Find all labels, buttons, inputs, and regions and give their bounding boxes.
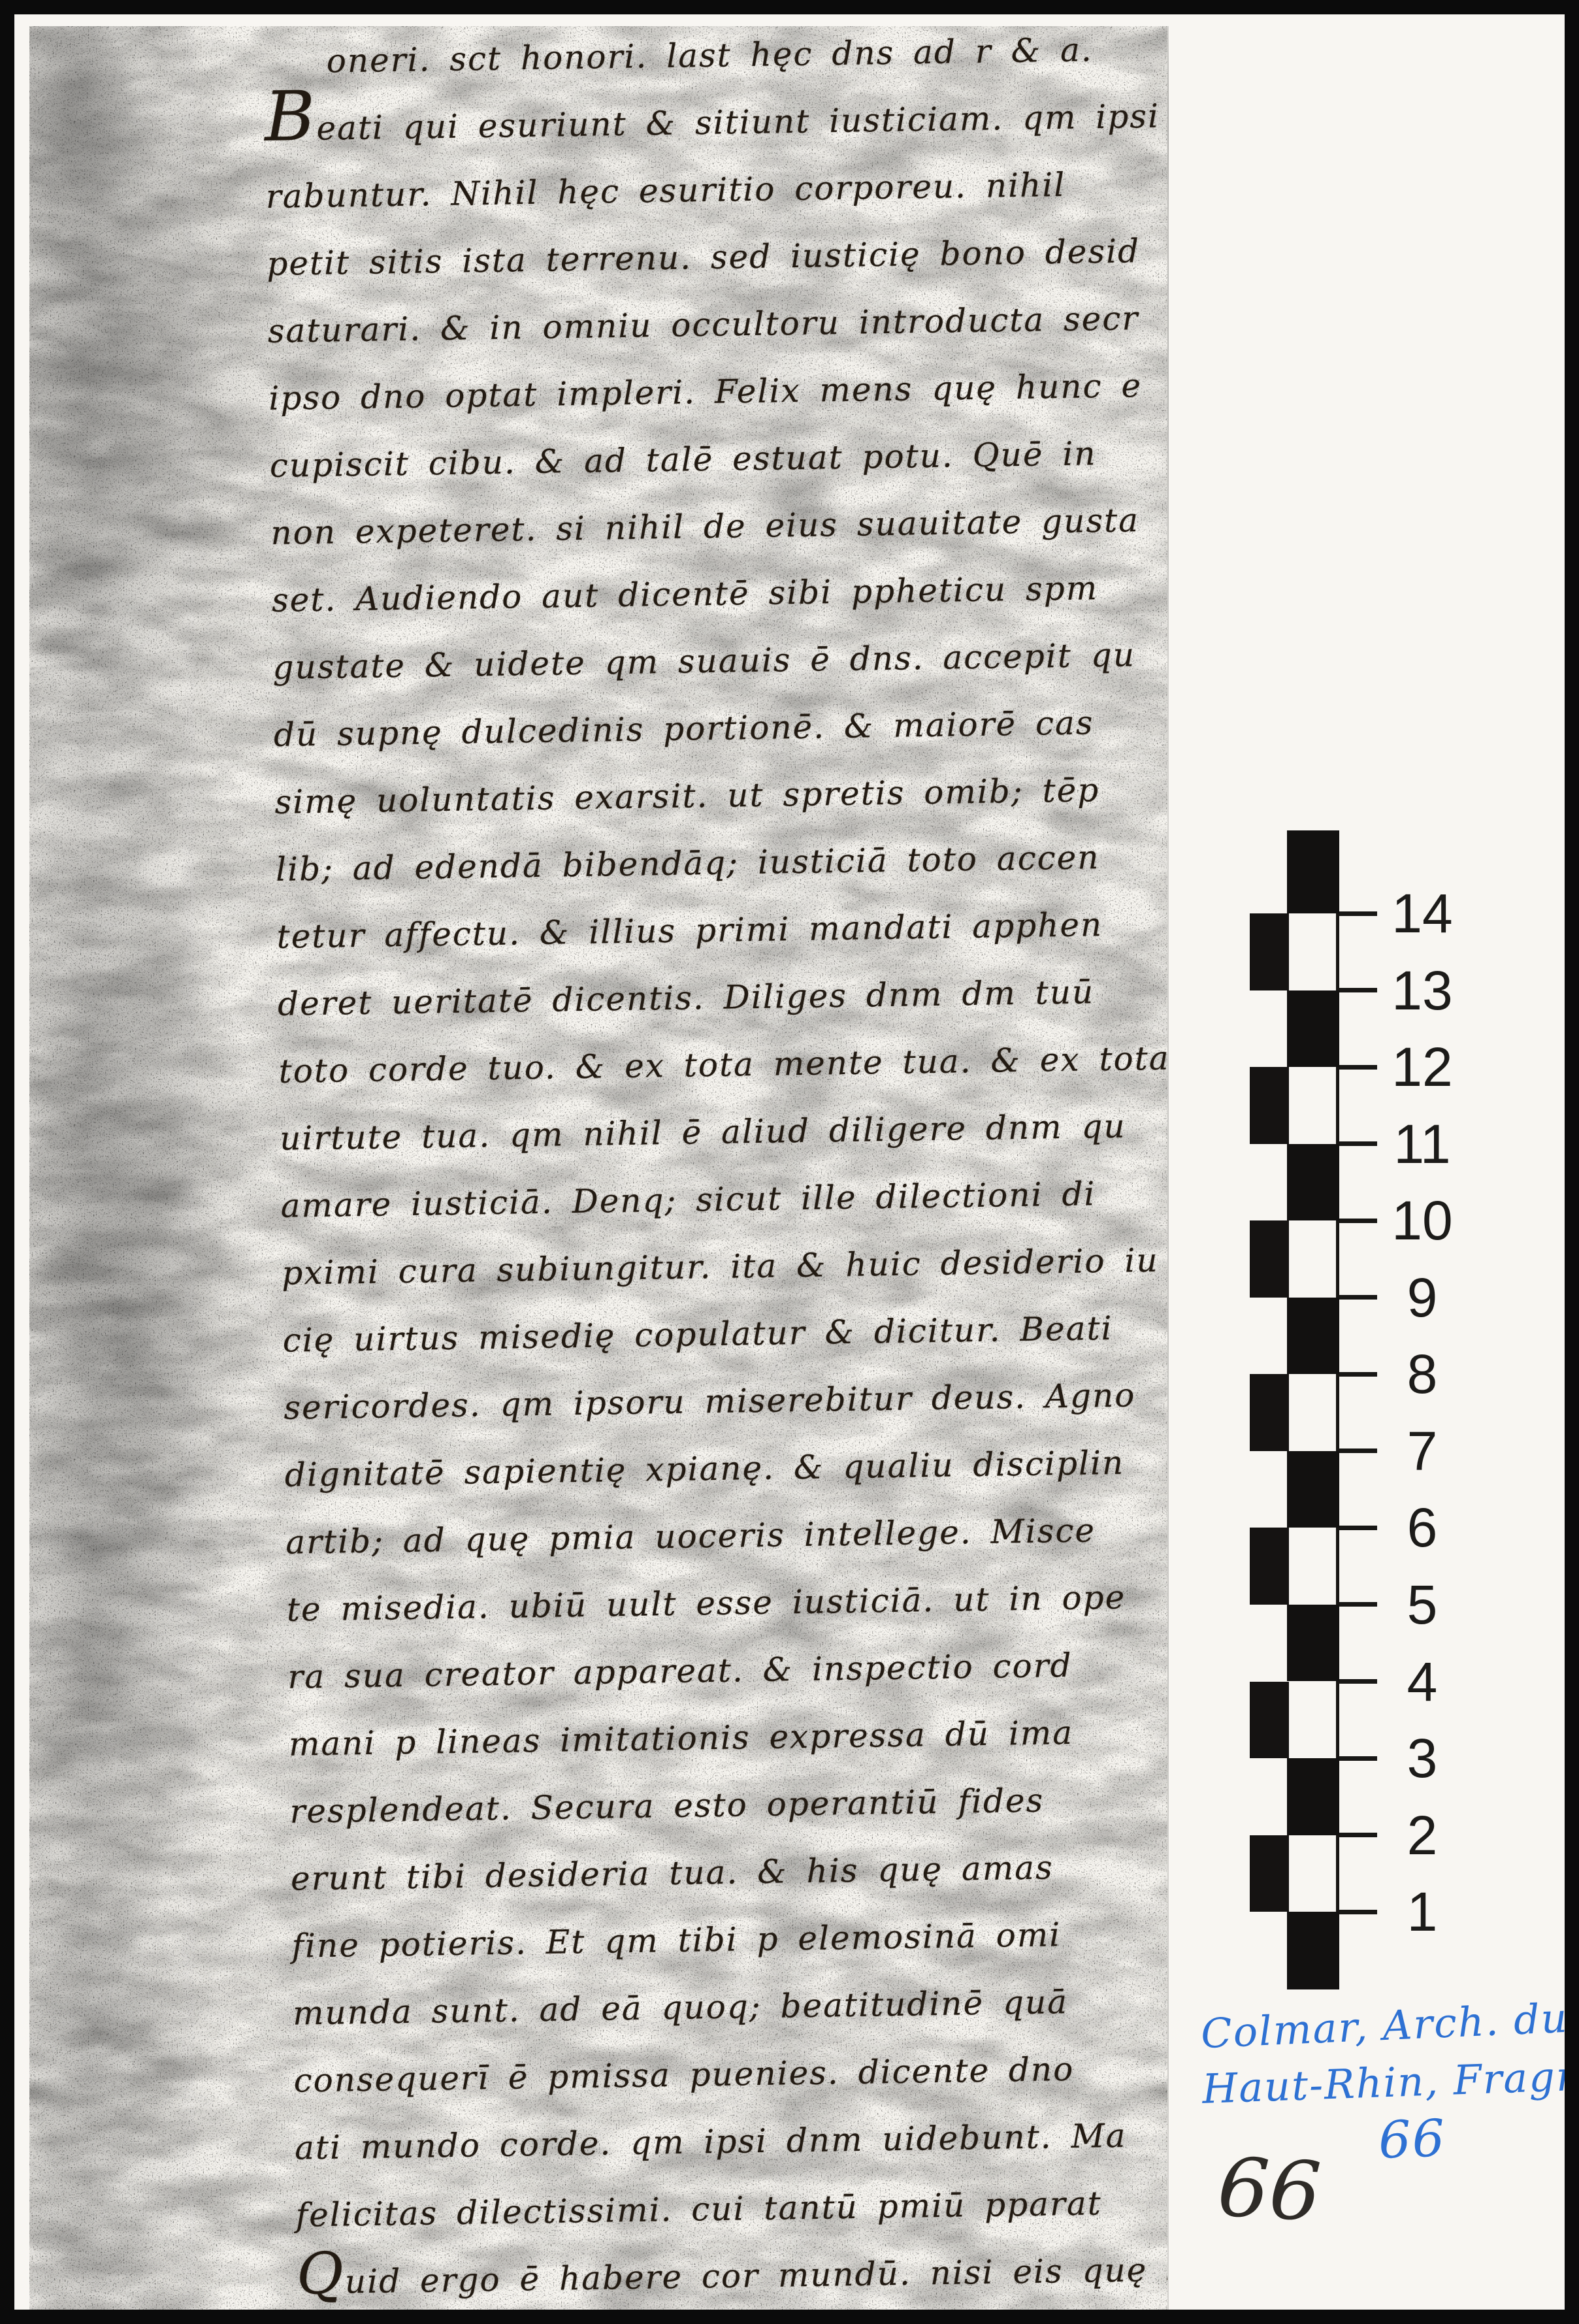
manuscript-line: amare iusticiā. Denq; sicut ille dilecti… (280, 1158, 1169, 1240)
manuscript-line: resplendeat. Secura esto operantiū fides (289, 1763, 1169, 1846)
manuscript-text: oneri. sct honori. last hęc dns ad r & a… (263, 26, 1169, 2310)
manuscript-line: sericordes. qm ipsoru miserebitur deus. … (284, 1360, 1169, 1442)
ruler-tick (1339, 1372, 1377, 1377)
ruler-tick (1339, 1141, 1377, 1146)
manuscript-line: pximi cura subiungitur. ita & huic desid… (282, 1225, 1169, 1307)
manuscript-line: ra sua creator appareat. & inspectio cor… (287, 1629, 1169, 1711)
ruler-tick (1339, 1602, 1377, 1607)
manuscript-fragment: oneri. sct honori. last hęc dns ad r & a… (29, 26, 1169, 2310)
ruler-square (1250, 913, 1289, 990)
ruler-square (1250, 1682, 1289, 1759)
manuscript-line: gustate & uidete qm suauis ē dns. accepi… (272, 619, 1169, 702)
manuscript-line: lib; ad edendā bibendāq; iusticiā toto a… (275, 821, 1169, 904)
ruler-tick (1339, 1448, 1377, 1453)
ruler-tick (1339, 1219, 1377, 1223)
ruler-tick (1339, 1526, 1377, 1530)
ruler-square (1287, 830, 1339, 913)
archive-annotation-number: 66 (1377, 2109, 1446, 2170)
ruler-square (1287, 1298, 1339, 1375)
manuscript-line: ipso dno optat impleri. Felix mens quę h… (269, 350, 1169, 433)
manuscript-line: non expeteret. si nihil de eius suauitat… (270, 485, 1169, 567)
manuscript-line: consequerī ē pmissa puenies. dicente dno (293, 2033, 1169, 2115)
ruler-number: 10 (1378, 1190, 1466, 1251)
ruler-number: 14 (1378, 883, 1466, 943)
ruler-square (1250, 1220, 1289, 1298)
ruler-square (1250, 1528, 1289, 1605)
manuscript-line: ati mundo corde. qm ipsi dnm uidebunt. M… (294, 2100, 1169, 2182)
manuscript-line: erunt tibi desideria tua. & his quę amas (290, 1831, 1169, 1913)
fragment-number: 66 (1215, 2140, 1323, 2240)
ruler-number: 8 (1378, 1344, 1466, 1404)
photograph-frame: oneri. sct honori. last hęc dns ad r & a… (0, 0, 1579, 2324)
ruler-number: 6 (1378, 1498, 1466, 1558)
manuscript-line: uirtute tua. qm nihil ē aliud diligere d… (279, 1090, 1169, 1173)
manuscript-line: te misedia. ubiū uult esse iusticiā. ut … (286, 1562, 1169, 1644)
ruler-number: 5 (1378, 1575, 1466, 1635)
ruler-number: 7 (1378, 1421, 1466, 1481)
manuscript-line: fine potieris. Et qm tibi p elemosinā om… (291, 1898, 1169, 1980)
ruler-square (1287, 1912, 1339, 1989)
ruler-tick (1339, 1295, 1377, 1300)
manuscript-line: dū supnę dulcedinis portionē. & maiorē c… (273, 687, 1169, 769)
manuscript-line: tetur affectu. & illius primi mandati ap… (276, 889, 1169, 971)
manuscript-line: artib; ad quę pmia uoceris intellege. Mi… (285, 1494, 1169, 1577)
ruler-tick (1339, 1833, 1377, 1837)
manuscript-line: dignitatē sapientię xpianę. & qualiu dis… (284, 1427, 1169, 1509)
ruler-square (1250, 1374, 1289, 1451)
ruler-tick (1339, 1679, 1377, 1684)
ruler-tick (1339, 1065, 1377, 1070)
ruler-tick (1339, 1910, 1377, 1914)
manuscript-line: saturari. & in omniu occultoru introduct… (267, 283, 1169, 365)
manuscript-line: petit sitis ista terrenu. sed iusticię b… (267, 216, 1169, 298)
manuscript-line: felicitas dilectissimi. cui tantū pmiū p… (295, 2167, 1169, 2250)
ruler-tick (1339, 1756, 1377, 1761)
ruler-square (1250, 1835, 1289, 1912)
ruler-number: 11 (1378, 1114, 1466, 1174)
manuscript-line: Beati qui esuriunt & sitiunt iusticiam. … (265, 81, 1169, 163)
manuscript-line: mani p lineas imitationis expressa dū im… (288, 1696, 1169, 1778)
ruler-square (1250, 1067, 1289, 1144)
manuscript-line: cupiscit cibu. & ad talē estuat potu. Qu… (269, 417, 1169, 500)
photo-area: oneri. sct honori. last hęc dns ad r & a… (14, 14, 1565, 2310)
ruler-number: 2 (1378, 1805, 1466, 1865)
ruler-tick (1339, 988, 1377, 992)
ruler-square (1287, 1144, 1339, 1221)
ruler-number: 12 (1378, 1037, 1466, 1097)
ruler-number: 1 (1378, 1882, 1466, 1942)
ruler-number: 3 (1378, 1728, 1466, 1788)
ruler-square (1287, 1451, 1339, 1528)
ruler-number: 4 (1378, 1652, 1466, 1712)
ruler-square (1287, 1758, 1339, 1835)
ruler-tick (1339, 911, 1377, 916)
manuscript-line: rabuntur. Nihil hęc esuritio corporeu. n… (265, 148, 1169, 231)
ruler-number: 9 (1378, 1268, 1466, 1328)
archive-annotation-line2: Haut-Rhin, Fragm. (1201, 2051, 1565, 2113)
ruler-number: 13 (1378, 960, 1466, 1021)
manuscript-line: munda sunt. ad eā quoq; beatitudinē quā (292, 1965, 1169, 2048)
archive-annotation-line1: Colmar, Arch. du (1200, 1994, 1565, 2057)
ruler-square (1287, 1605, 1339, 1682)
manuscript-line: set. Audiendo aut dicentē sibi ppheticu … (271, 552, 1169, 634)
manuscript-line: deret ueritatē dicentis. Diliges dnm dm … (277, 956, 1169, 1038)
manuscript-line: cię uirtus misedię copulatur & dicitur. … (282, 1292, 1169, 1375)
ruler-square (1287, 990, 1339, 1068)
manuscript-line: toto corde tuo. & ex tota mente tua. & e… (278, 1023, 1169, 1105)
manuscript-line: simę uoluntatis exarsit. ut spretis omib… (274, 754, 1169, 836)
ruler-column-edge (1336, 830, 1339, 1989)
